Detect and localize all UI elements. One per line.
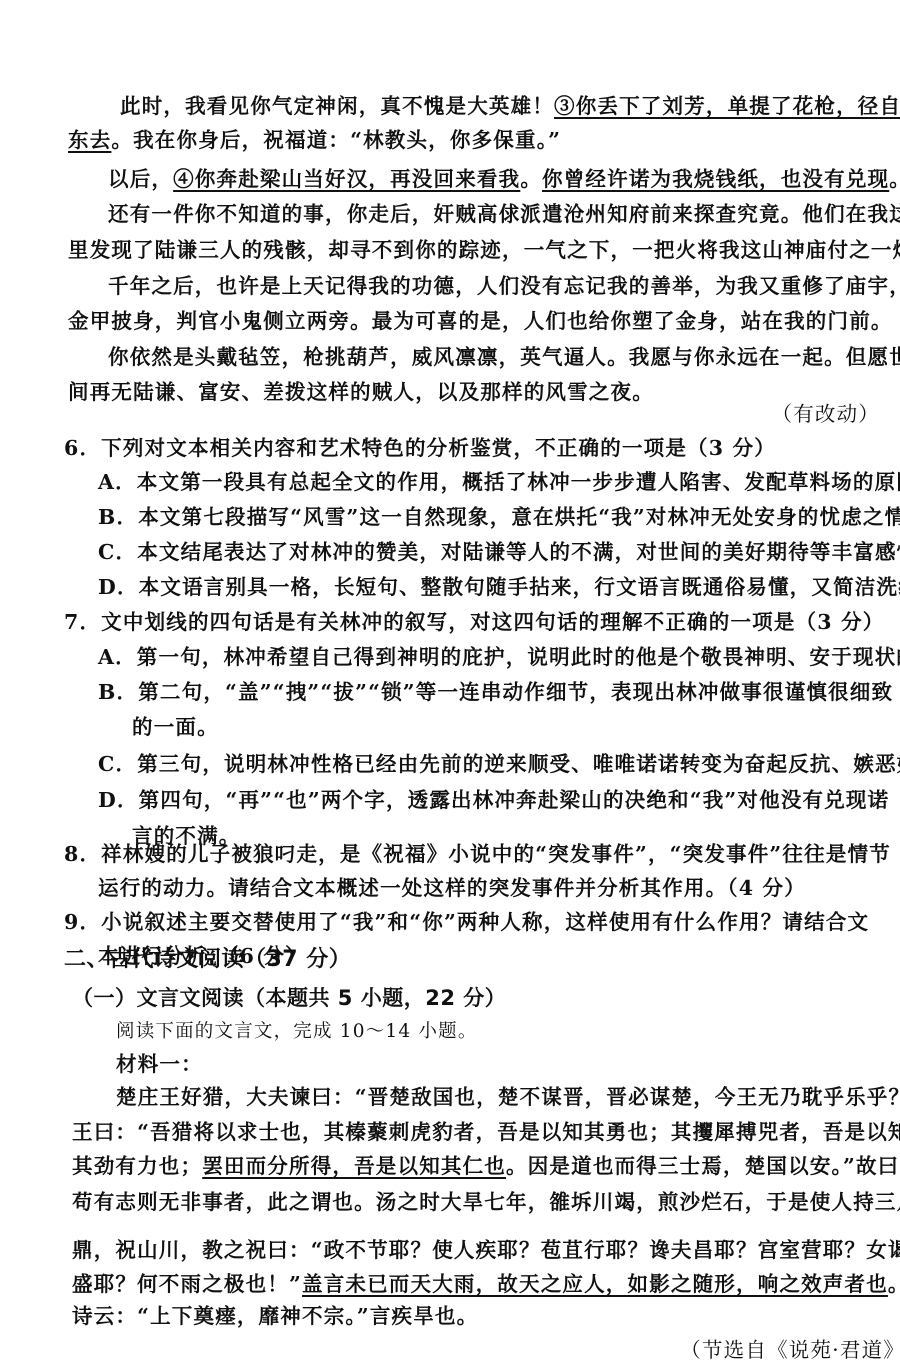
question-6-stem: 6．下列对文本相关内容和艺术特色的分析鉴赏，不正确的一项是（3 分） xyxy=(64,434,776,462)
classical-text: 其劲有力也； xyxy=(72,1154,202,1178)
classical-text-line: 诗云：“上下奠瘗，靡神不宗。”言疾旱也。 xyxy=(72,1302,478,1330)
classical-text-line: 鼎，祝山川，教之祝曰：“政不节耶？使人疾耶？苞苴行耶？谗夫昌耶？宫室营耶？女谒 xyxy=(72,1236,900,1264)
question-8-line2: 运行的动力。请结合文本概述一处这样的突发事件并分析其作用。（4 分） xyxy=(98,874,806,902)
question-6-option-c: C．本文结尾表达了对林冲的赞美，对陆谦等人的不满，对世间的美好期待等丰富感情。 xyxy=(98,538,900,566)
passage-line: 东去。我在你身后，祝福道：“林教头，你多保重。” xyxy=(68,126,561,154)
passage-line: 你依然是头戴毡笠，枪挑葫芦，威风凛凛，英气逼人。我愿与你永远在一起。但愿世 xyxy=(108,343,900,371)
classical-text-line: 楚庄王好猎，大夫谏曰：“晋楚敌国也，楚不谋晋，晋必谋楚，今王无乃耽乎乐乎？” xyxy=(116,1083,900,1111)
passage-line: 以后，④你奔赴梁山当好汉，再没回来看我。你曾经许诺为我烧钱纸，也没有兑现。 xyxy=(108,165,900,193)
question-7-option-b-cont: 的一面。 xyxy=(132,713,219,741)
question-6-option-d: D．本文语言别具一格，长短句、整散句随手拈来，行文语言既通俗易懂，又简洁洗练。 xyxy=(98,573,900,601)
question-9-line1: 9．小说叙述主要交替使用了“我”和“你”两种人称，这样使用有什么作用？请结合文 xyxy=(64,908,869,936)
question-6-option-a: A．本文第一段具有总起全文的作用，概括了林冲一步步遭人陷害、发配草料场的原因。 xyxy=(98,468,900,496)
underlined-sentence-3-end: 东去 xyxy=(68,128,111,152)
punctuation: 。 xyxy=(520,167,542,191)
classical-text: 盛耶？何不雨之极也！” xyxy=(72,1272,302,1296)
section-2-title: 二、古代诗文阅读（37 分） xyxy=(64,946,351,974)
passage-line: 金甲披身，判官小鬼侧立两旁。最为可喜的是，人们也给你塑了金身，站在我的门前。 xyxy=(68,307,893,335)
text-source: （节选自《说苑·君道》 xyxy=(0,1336,900,1363)
passage-line: 此时，我看见你气定神闲，真不愧是大英雄！③你丢下了刘芳，单提了花枪，径自投 xyxy=(120,92,900,120)
classical-text-line: 盛耶？何不雨之极也！”盖言未已而天大雨，故天之应人，如影之随形，响之效声者也。 xyxy=(72,1270,900,1298)
instruction-text: 阅读下面的文言文，完成 10～14 小题。 xyxy=(116,1018,478,1046)
passage-text: 以后， xyxy=(108,167,173,191)
underlined-sentence-3: ③你丢下了刘芳，单提了花枪，径自投 xyxy=(554,94,900,118)
punctuation: 。 xyxy=(889,167,900,191)
classical-text-line: 苟有志则无非事者，此之谓也。汤之时大旱七年，雒坼川竭，煎沙烂石，于是使人持三足 xyxy=(72,1188,900,1216)
question-6-option-b: B．本文第七段描写“风雪”这一自然现象，意在烘托“我”对林冲无处安身的忧虑之情。 xyxy=(98,503,900,531)
classical-text: 。因是道也而得三士焉，楚国以安。”故曰： xyxy=(506,1154,900,1178)
underlined-sentence-4a: ④你奔赴梁山当好汉，再没回来看我 xyxy=(173,167,520,191)
passage-line: 千年之后，也许是上天记得我的功德，人们没有忘记我的善举，为我又重修了庙宇， xyxy=(108,272,900,300)
passage-line: 里发现了陆谦三人的残骸，却寻不到你的踪迹，一气之下，一把火将我这山神庙付之一炬。 xyxy=(68,236,900,264)
subsection-title: （一）文言文阅读（本题共 5 小题，22 分） xyxy=(72,984,506,1012)
question-7-option-d: D．第四句，“再”“也”两个字，透露出林冲奔赴梁山的决绝和“我”对他没有兑现诺 xyxy=(98,786,889,814)
underlined-classical-sentence-2: 盖言未已而天大雨，故天之应人，如影之随形，响之效声者也 xyxy=(302,1272,888,1296)
classical-text: 。 xyxy=(888,1272,900,1296)
passage-line: 还有一件你不知道的事，你走后，奸贼高俅派遣沧州知府前来探查究竟。他们在我这 xyxy=(108,200,900,228)
question-7-option-b: B．第二句，“盖”“拽”“拔”“锁”等一连串动作细节，表现出林冲做事很谨慎很细致 xyxy=(98,678,893,706)
classical-text-line: 其劲有力也；罢田而分所得，吾是以知其仁也。因是道也而得三士焉，楚国以安。”故曰： xyxy=(72,1152,900,1180)
question-7-option-a: A．第一句，林冲希望自己得到神明的庇护，说明此时的他是个敬畏神明、安于现状的人。 xyxy=(98,643,900,671)
revision-note: （有改动） xyxy=(0,400,880,428)
question-8-line1: 8．祥林嫂的儿子被狼叼走，是《祝福》小说中的“突发事件”，“突发事件”往往是情节 xyxy=(64,840,891,868)
question-7-option-c: C．第三句，说明林冲性格已经由先前的逆来顺受、唯唯诺诺转变为奋起反抗、嫉恶如仇。 xyxy=(98,750,900,778)
exam-page: 此时，我看见你气定神闲，真不愧是大英雄！③你丢下了刘芳，单提了花枪，径自投 东去… xyxy=(0,0,900,1363)
classical-text-line: 王曰：“吾猎将以求士也，其榛藂刺虎豹者，吾是以知其勇也；其攫犀搏兕者，吾是以知 xyxy=(72,1118,900,1146)
passage-text: 此时，我看见你气定神闲，真不愧是大英雄！ xyxy=(120,94,554,118)
underlined-classical-sentence-1: 罢田而分所得，吾是以知其仁也 xyxy=(202,1154,506,1178)
underlined-sentence-4b: 你曾经许诺为我烧钱纸，也没有兑现 xyxy=(542,167,889,191)
passage-text: 。我在你身后，祝福道：“林教头，你多保重。” xyxy=(111,128,561,152)
material-label: 材料一： xyxy=(116,1050,203,1078)
question-7-stem: 7．文中划线的四句话是有关林冲的叙写，对这四句话的理解不正确的一项是（3 分） xyxy=(64,608,884,636)
